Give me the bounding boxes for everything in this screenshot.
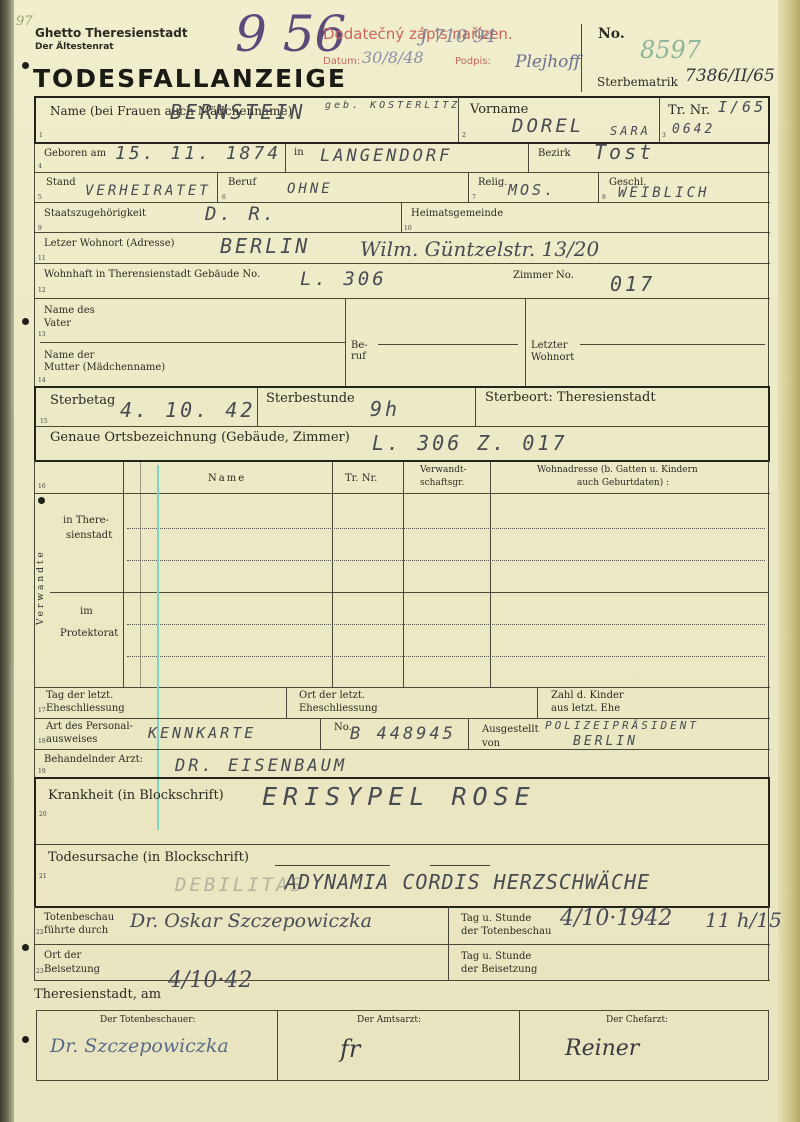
vater-label-2: Vater bbox=[44, 318, 71, 329]
ausgestellt-value-2: BERLIN bbox=[573, 734, 638, 749]
sig-chefarzt: Reiner bbox=[565, 1036, 639, 1061]
sterbestunde-label: Sterbestunde bbox=[266, 391, 355, 406]
totenbeschau-label: Totenbeschau bbox=[44, 912, 114, 923]
col-name: Name bbox=[208, 473, 246, 484]
field-number: 12 bbox=[38, 287, 46, 294]
ausweis-art-label: Art des Personal- bbox=[46, 721, 133, 732]
place-date-label: Theresienstadt, am bbox=[34, 987, 161, 1002]
geburtsort-value: LANGENDORF bbox=[320, 146, 452, 166]
beisetzung-label-2: Beisetzung bbox=[44, 964, 100, 975]
eltern-beruf-label: Be- ruf bbox=[351, 340, 373, 362]
todesursache-value: ADYNAMIA CORDIS HERZSCHWÄCHE bbox=[285, 870, 650, 894]
vater-label: Name des bbox=[44, 305, 95, 316]
wohnort-value: BERLIN bbox=[220, 234, 310, 258]
col-verwandt-2: schaftsgr. bbox=[420, 478, 464, 488]
sterbetag-label: Sterbetag bbox=[50, 393, 115, 408]
field-number: 7 bbox=[472, 194, 476, 201]
relig-value: MOS. bbox=[508, 181, 556, 199]
todesursache-label: Todesursache (in Blockschrift) bbox=[48, 850, 249, 865]
field-number: 21 bbox=[39, 873, 47, 880]
field-number: 17 bbox=[38, 707, 46, 714]
totenbeschau-label-2: führte durch bbox=[44, 925, 108, 936]
tag-totenbeschau-label-2: der Totenbeschau bbox=[461, 926, 551, 937]
heimat-label: Heimatsgemeinde bbox=[411, 208, 503, 219]
ortsbez-value: L. 306 Z. 017 bbox=[372, 431, 568, 455]
stunde-totenbeschau-value: 11 h/15 bbox=[705, 908, 782, 932]
ehe-tag-label-2: Eheschliessung bbox=[46, 703, 125, 714]
tag-beisetzung-label-2: der Beisetzung bbox=[461, 964, 537, 975]
col-trnr: Tr. Nr. bbox=[345, 473, 377, 484]
field-number: 9 bbox=[38, 225, 42, 232]
ausweis-art-value: KENNKARTE bbox=[148, 724, 256, 742]
corner-pencil-note: 97 bbox=[16, 14, 33, 29]
field-number: 10 bbox=[404, 225, 412, 232]
field-number: 23 bbox=[36, 968, 44, 975]
document-page bbox=[14, 0, 800, 1122]
field-number: 22 bbox=[36, 929, 44, 936]
kinder-label: Zahl d. Kinder bbox=[551, 690, 624, 701]
field-number: 14 bbox=[38, 377, 46, 384]
ausweis-no-value: B 448945 bbox=[350, 724, 456, 744]
ausgestellt-label: Ausgestellt bbox=[482, 724, 539, 735]
field-number: 1 bbox=[39, 132, 43, 139]
mutter-label-2: Mutter (Mädchenname) bbox=[44, 362, 165, 373]
beruf-value: OHNE bbox=[287, 181, 333, 197]
wohnort-label: Letzer Wohnort (Adresse) bbox=[44, 238, 175, 249]
relig-label: Relig. bbox=[478, 177, 507, 188]
field-number: 20 bbox=[39, 811, 47, 818]
group-protektorat: im bbox=[80, 606, 93, 617]
gebaeude-label: Wohnhaft in Therensienstadt Gebäude No. bbox=[44, 269, 260, 280]
in-label: in bbox=[294, 147, 304, 158]
field-number: 19 bbox=[38, 768, 46, 775]
trnr-label: Tr. Nr. bbox=[668, 103, 710, 118]
field-number: 2 bbox=[462, 132, 466, 139]
eltern-wohnort-label: Letzter bbox=[531, 340, 568, 351]
ausweis-art-label-2: ausweises bbox=[46, 734, 97, 745]
sterbestunde-value: 9h bbox=[370, 397, 400, 421]
wohnort-street: Wilm. Güntzelstr. 13/20 bbox=[360, 237, 599, 261]
punch-hole bbox=[22, 318, 29, 325]
punch-hole bbox=[22, 1036, 29, 1043]
sig-totenbeschauer-label: Der Totenbeschauer: bbox=[100, 1015, 196, 1025]
sterbematrik-label: Sterbematrik bbox=[597, 75, 678, 89]
eltern-wohnort-label-2: Wohnort bbox=[531, 352, 574, 363]
group-theresienstadt: in There- bbox=[63, 515, 109, 526]
sterbeort-label: Sterbeort: Theresienstadt bbox=[485, 390, 656, 405]
place-date-value: 4/10·42 bbox=[168, 968, 252, 993]
geboren-label: Geboren am bbox=[44, 148, 106, 159]
field-number: 3 bbox=[662, 132, 666, 139]
form-title: TODESFALLANZEIGE bbox=[33, 64, 347, 93]
stamp-signature: Plejhoff bbox=[515, 52, 580, 72]
col-verwandt: Verwandt- bbox=[420, 465, 467, 475]
punch-hole bbox=[22, 62, 29, 69]
arzt-value: DR. EISENBAUM bbox=[175, 756, 347, 776]
bezirk-value: Tost bbox=[594, 140, 654, 164]
staats-label: Staatszugehörigkeit bbox=[44, 208, 146, 219]
field-number: 5 bbox=[38, 194, 42, 201]
field-number: 6 bbox=[222, 194, 226, 201]
no-label: No. bbox=[598, 26, 625, 42]
stamp-overwrite: J 710 94 bbox=[420, 26, 496, 47]
tag-totenbeschau-value: 4/10·1942 bbox=[560, 906, 672, 931]
kinder-label-2: aus letzt. Ehe bbox=[551, 703, 620, 714]
sterbetag-value: 4. 10. 42 bbox=[120, 398, 255, 422]
vorname-extra: SARA bbox=[610, 124, 651, 138]
sterbematrik-value: 7386/II/65 bbox=[685, 66, 775, 86]
stamp-datum-value: 30/8/48 bbox=[362, 48, 424, 67]
sig-chefarzt-label: Der Chefarzt: bbox=[606, 1015, 668, 1025]
org-name: Ghetto Theresienstadt bbox=[35, 26, 188, 40]
stamp-datum-label: Datum: bbox=[323, 56, 360, 67]
ehe-ort-label: Ort der letzt. bbox=[299, 690, 365, 701]
group-theresienstadt-2: sienstadt bbox=[66, 530, 112, 541]
field-number: 18 bbox=[38, 738, 46, 745]
geboren-value: 15. 11. 1874 bbox=[115, 143, 281, 164]
field-number: 8 bbox=[602, 194, 606, 201]
col-wohnadresse-2: auch Geburtdaten) : bbox=[577, 478, 669, 488]
group-protektorat-2: Protektorat bbox=[60, 628, 118, 639]
field-number: 16 bbox=[38, 483, 46, 490]
zimmer-label: Zimmer No. bbox=[513, 270, 574, 281]
trnr-value: I/65 bbox=[718, 98, 766, 116]
name-value: BERNSTEIN bbox=[170, 100, 305, 124]
sig-amtsarzt-label: Der Amtsarzt: bbox=[357, 1015, 421, 1025]
vorname-value: DOREL bbox=[512, 115, 584, 137]
sig-totenbeschauer: Dr. Szczepowiczka bbox=[50, 1035, 229, 1057]
scanner-artifact-line bbox=[157, 465, 159, 830]
field-number: 11 bbox=[38, 255, 46, 262]
ortsbez-label: Genaue Ortsbezeichnung (Gebäude, Zimmer) bbox=[50, 430, 350, 445]
org-subtitle: Der Ältestenrat bbox=[35, 42, 114, 52]
totenbeschau-value: Dr. Oskar Szczepowiczka bbox=[130, 910, 372, 932]
scan-right-edge bbox=[778, 0, 800, 1122]
field-number: 13 bbox=[38, 331, 46, 338]
arzt-label: Behandelnder Arzt: bbox=[44, 754, 143, 765]
ehe-tag-label: Tag der letzt. bbox=[46, 690, 113, 701]
no-value: 8597 bbox=[640, 36, 701, 64]
name-extra: geb. KOSTERLITZ bbox=[325, 100, 460, 111]
stand-value: VERHEIRATET bbox=[85, 183, 211, 199]
col-wohnadresse: Wohnadresse (b. Gatten u. Kindern bbox=[537, 465, 698, 475]
beisetzung-label: Ort der bbox=[44, 950, 81, 961]
mutter-label: Name der bbox=[44, 350, 94, 361]
field-number: 4 bbox=[38, 163, 42, 170]
geschl-value: WEIBLICH bbox=[618, 185, 709, 201]
bezirk-label: Bezirk bbox=[538, 148, 571, 159]
zimmer-value: 017 bbox=[610, 272, 655, 296]
sig-amtsarzt: fr bbox=[340, 1035, 360, 1063]
staats-value: D. R. bbox=[205, 203, 277, 225]
gebaeude-value: L. 306 bbox=[300, 268, 387, 290]
punch-hole bbox=[38, 497, 45, 504]
verwandte-side-label: Verwandte bbox=[36, 549, 46, 625]
stand-label: Stand bbox=[46, 177, 76, 188]
stamp-podpis-label: Podpis: bbox=[455, 56, 491, 67]
header-divider bbox=[581, 24, 582, 92]
krankheit-label: Krankheit (in Blockschrift) bbox=[48, 788, 224, 803]
field-number: 15 bbox=[40, 418, 48, 425]
ehe-ort-label-2: Eheschliessung bbox=[299, 703, 378, 714]
ausgestellt-value: POLIZEIPRÄSIDENT bbox=[545, 719, 699, 732]
krankheit-value: ERISYPEL ROSE bbox=[262, 782, 536, 811]
tag-totenbeschau-label: Tag u. Stunde bbox=[461, 913, 531, 924]
ausgestellt-label-2: von bbox=[482, 738, 500, 749]
beruf-label: Beruf bbox=[228, 177, 256, 188]
trnr-value-2: 0642 bbox=[672, 122, 715, 137]
tag-beisetzung-label: Tag u. Stunde bbox=[461, 951, 531, 962]
punch-hole bbox=[22, 944, 29, 951]
